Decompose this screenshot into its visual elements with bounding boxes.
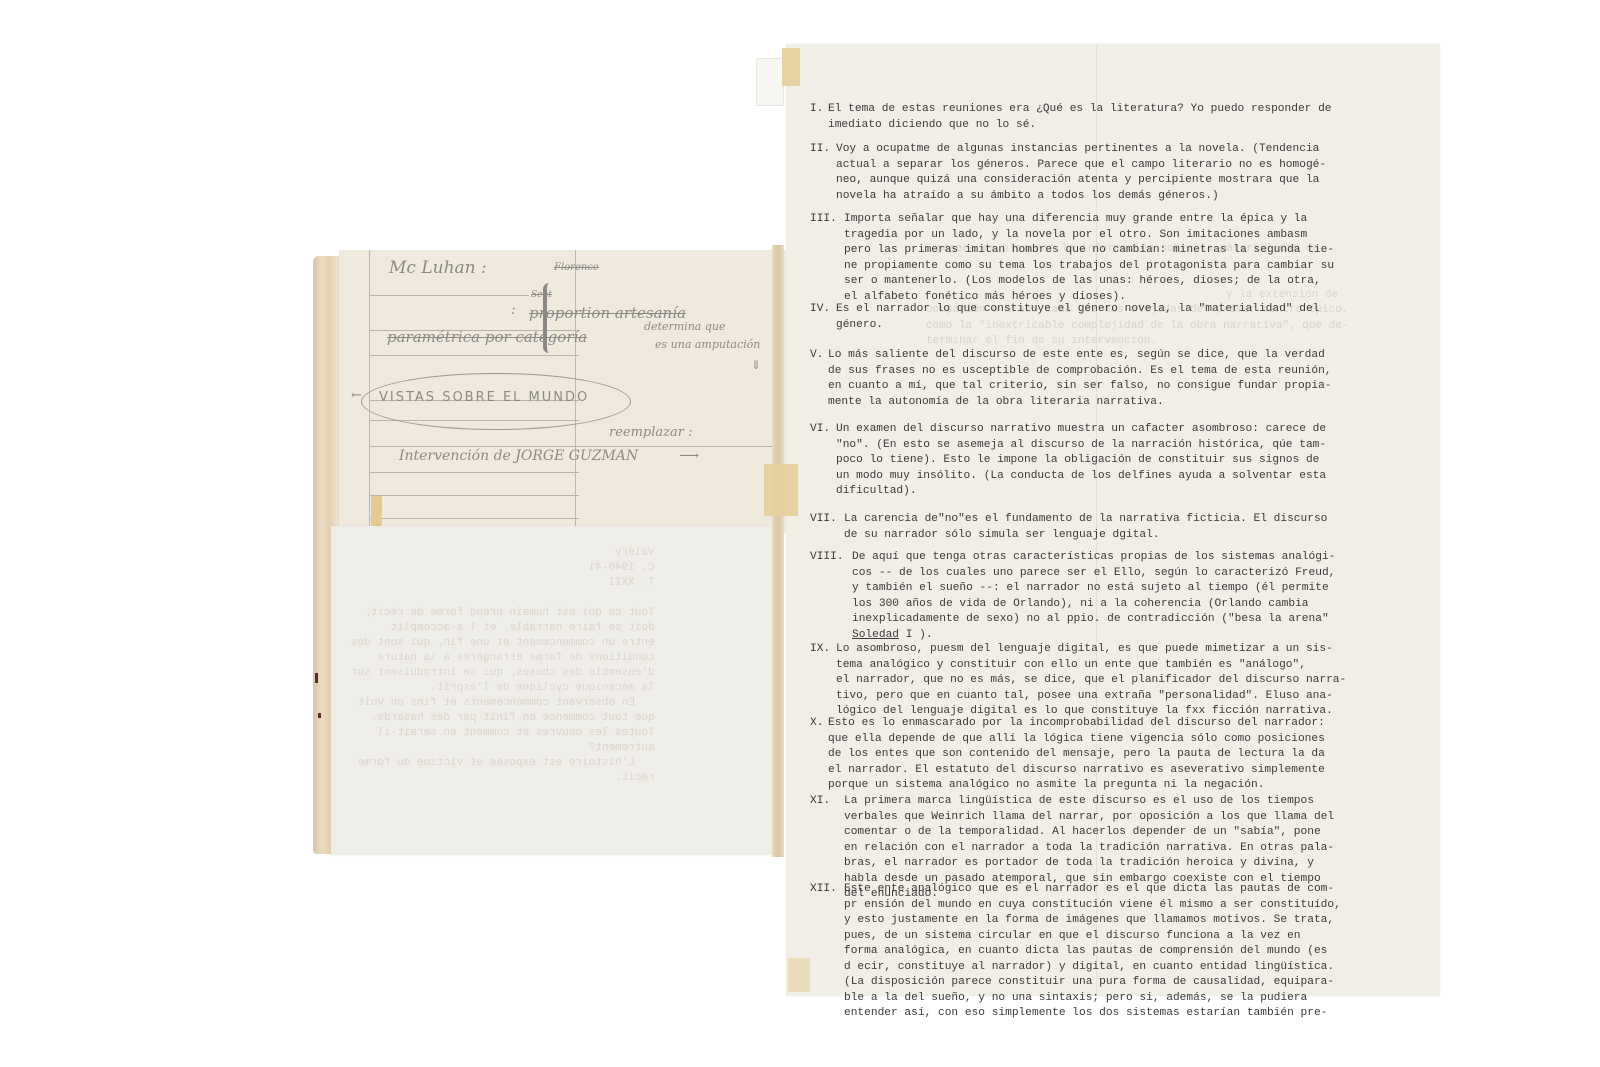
paragraph-number: V.: [810, 348, 823, 364]
margin-note: determina que: [644, 320, 725, 333]
paragraph-number: VIII.: [810, 550, 844, 566]
paragraph-number: XII.: [810, 882, 837, 898]
paragraph-text: Lo más saliente del discurso de este ent…: [810, 348, 1410, 410]
paragraph-number: X.: [810, 716, 823, 732]
circled-heading: VISTAS SOBRE EL MUNDO: [379, 390, 589, 405]
handwritten-note: Mc Luhan :: [389, 258, 487, 278]
notebook-gutter: [772, 245, 784, 857]
numbered-paragraph: XII. Este ente analógico que es el narra…: [810, 882, 1410, 1022]
ruled-line: [369, 355, 579, 356]
tape-piece: [756, 58, 784, 106]
pencil-bracket-mark: [543, 283, 557, 353]
margin-note: es una amputación: [655, 338, 760, 351]
ink-mark: [318, 713, 321, 718]
numbered-paragraph: IX. Lo asombroso, puesm del lenguaje dig…: [810, 642, 1410, 720]
index-card: Valéry C. 1940-41 T. XXII Tout ce qui es…: [331, 526, 783, 855]
paragraph-number: IX.: [810, 642, 830, 658]
numbered-paragraph: V. Lo más saliente del discurso de este …: [810, 348, 1410, 410]
right-arrow-icon: ⟶: [679, 448, 699, 464]
paragraph-text: Es el narrador lo que constituye el géne…: [810, 302, 1410, 333]
notebook-ruled-page: Mc Luhan : Florence Sent : proportion ar…: [339, 250, 789, 533]
tape-piece: [788, 958, 810, 992]
ruled-line: [369, 495, 579, 496]
paragraph-text: Voy a ocupatme de algunas instancias per…: [810, 142, 1410, 204]
ink-mark: [315, 673, 318, 683]
tape-piece: [764, 464, 798, 516]
handwritten-note: Intervención de JORGE GUZMAN: [399, 448, 638, 464]
paragraph-text: Esto es lo enmascarado por la incomproba…: [810, 716, 1410, 794]
numbered-paragraph: II. Voy a ocupatme de algunas instancias…: [810, 142, 1410, 204]
handwritten-note: reemplazar :: [609, 425, 692, 440]
down-arrow-icon: ⇓: [751, 358, 761, 372]
paragraph-text: El tema de estas reuniones era ¿Qué es l…: [810, 102, 1410, 133]
numbered-paragraph: VIII. De aquí que tenga otras caracterís…: [810, 550, 1410, 643]
paragraph-number: XI.: [810, 794, 830, 810]
paragraph-text: Este ente analógico que es el narrador e…: [810, 882, 1410, 1022]
crossed-out-note: paramétrica por categoría: [387, 328, 587, 346]
numbered-paragraph: X. Esto es lo enmascarado por la incompr…: [810, 716, 1410, 794]
tape-piece: [371, 496, 382, 526]
numbered-paragraph: VI. Un examen del discurso narrativo mue…: [810, 422, 1410, 500]
paragraph-number: IV.: [810, 302, 830, 318]
open-notebook: Mc Luhan : Florence Sent : proportion ar…: [313, 250, 788, 855]
ruled-line: [369, 446, 779, 447]
tape-piece: [782, 48, 800, 86]
paragraph-number: VII.: [810, 512, 837, 528]
paragraph-text: I ).: [899, 629, 933, 641]
paragraph-number: I.: [810, 102, 823, 118]
ruled-line: [369, 472, 579, 473]
ruled-line: [369, 518, 579, 519]
paragraph-number: II.: [810, 142, 830, 158]
paragraph-number: VI.: [810, 422, 830, 438]
show-through-text: terminar el fin de su intervención.: [926, 334, 1157, 349]
paragraph-text: La carencia de"no"es el fundamento de la…: [810, 512, 1410, 543]
show-through-text: Valéry C. 1940-41 T. XXII Tout ce qui es…: [351, 546, 655, 786]
crossed-out-note: Florence: [554, 262, 599, 273]
numbered-paragraph: IV. Es el narrador lo que constituye el …: [810, 302, 1410, 333]
paragraph-text: Lo asombroso, puesm del lenguaje digital…: [810, 642, 1410, 720]
numbered-paragraph: VII. La carencia de"no"es el fundamento …: [810, 512, 1410, 543]
paragraph-text: Un examen del discurso narrativo muestra…: [810, 422, 1410, 500]
numbered-paragraph: III. Importa señalar que hay una diferen…: [810, 212, 1410, 305]
typewritten-sheet: género es bloquear la información sobre …: [786, 44, 1440, 996]
paragraph-text: Importa señalar que hay una diferencia m…: [810, 212, 1410, 305]
handwritten-note: :: [511, 302, 516, 318]
paragraph-text: De aquí que tenga otras características …: [852, 551, 1335, 625]
underlined-word: Soledad: [852, 629, 899, 641]
numbered-paragraph: I. El tema de estas reuniones era ¿Qué e…: [810, 102, 1410, 133]
ruled-line: [369, 295, 529, 296]
paragraph-number: III.: [810, 212, 837, 228]
